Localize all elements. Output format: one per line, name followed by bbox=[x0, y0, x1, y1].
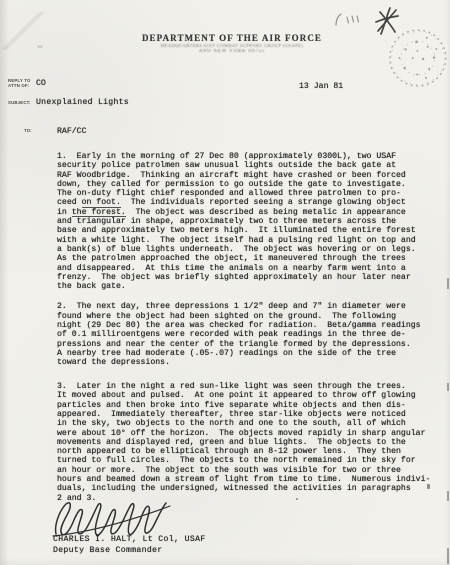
paragraph-1: 1. Early in the morning of 27 Dec 80 (ap… bbox=[57, 152, 445, 291]
subject-value: Unexplained Lights bbox=[36, 98, 129, 107]
pen-scratch-icon bbox=[333, 13, 363, 27]
signer-title: Deputy Base Commander bbox=[53, 546, 162, 555]
to-label: TO: bbox=[24, 128, 32, 133]
scan-speck bbox=[37, 45, 43, 48]
underline-on-foot bbox=[82, 207, 122, 208]
paragraph-3: 3. Later in the night a red sun-like lig… bbox=[57, 382, 445, 503]
to-value: RAF/CC bbox=[57, 127, 86, 136]
signer-name: CHARLES I. HALT, Lt Col, USAF bbox=[53, 535, 206, 544]
scan-edge-artifact bbox=[447, 491, 449, 501]
signature-scrawl bbox=[52, 500, 172, 538]
memo-date: 13 Jan 81 bbox=[299, 82, 343, 91]
memo-body: 1. Early in the morning of 27 Dec 80 (ap… bbox=[57, 152, 445, 503]
scan-edge-artifact bbox=[447, 278, 449, 289]
circular-stamp bbox=[380, 21, 450, 97]
scan-speck bbox=[427, 484, 430, 489]
scan-edge-artifact bbox=[447, 548, 449, 564]
subject-label: SUBJECT: bbox=[8, 100, 31, 105]
scan-speck bbox=[296, 498, 298, 500]
scan-edge-artifact bbox=[447, 383, 449, 391]
underline-the-forest bbox=[72, 216, 127, 217]
reply-office-symbol: CO bbox=[36, 79, 46, 88]
memo-page: DEPARTMENT OF THE AIR FORCE HEADQUARTERS… bbox=[0, 0, 450, 565]
reply-to-attn-of-label: REPLY TO ATTN OF: bbox=[8, 78, 31, 88]
paragraph-2: 2. The next day, three depressions 1 1/2… bbox=[57, 302, 445, 367]
